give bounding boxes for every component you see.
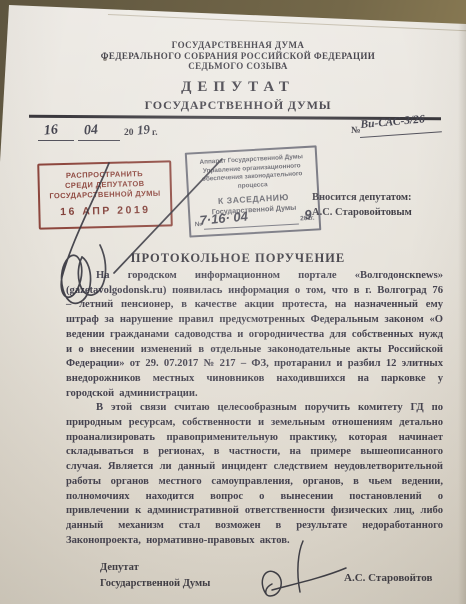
org-name-line2: ФЕДЕРАЛЬНОГО СОБРАНИЯ РОССИЙСКОЙ ФЕДЕРАЦ… [10, 51, 466, 62]
handwritten-day: 16 [43, 122, 58, 139]
handwritten-year: 19 [136, 121, 151, 138]
handwritten-stamp-year: 9 [303, 206, 312, 224]
org-name-line1: ГОСУДАРСТВЕННАЯ ДУМА [10, 40, 466, 51]
submitted-by-name: А.С. Старовойтовым [312, 205, 412, 220]
document-number-label: № [351, 126, 361, 136]
signer-role-line2: Государственной Думы [100, 576, 210, 592]
handwritten-month: 04 [83, 123, 98, 140]
number-underline [360, 131, 442, 138]
photo-of-document: ГОСУДАРСТВЕННАЯ ДУМА ФЕДЕРАЛЬНОГО СОБРАН… [0, 0, 466, 604]
distribute-stamp: РАСПРОСТРАНИТЬ СРЕДИ ДЕПУТАТОВ ГОСУДАРСТ… [37, 160, 173, 229]
date-underline [78, 140, 120, 141]
printed-year-prefix: 20 [124, 128, 134, 138]
deputy-subtitle: ГОСУДАРСТВЕННОЙ ДУМЫ [10, 98, 466, 113]
stamp-number-row: № 201 г. 7·16· 04 9 [194, 214, 316, 229]
stamp-date: 16 АПР 2019 [42, 204, 168, 221]
body-paragraph-1: На городском информационном портале «Вол… [66, 269, 443, 401]
submitted-by: Вносится депутатом: А.С. Старовойтовым [312, 190, 412, 220]
date-underline [38, 140, 74, 141]
document-page: ГОСУДАРСТВЕННАЯ ДУМА ФЕДЕРАЛЬНОГО СОБРАН… [0, 0, 466, 604]
signer-role-line1: Депутат [100, 560, 210, 576]
document-title: ПРОТОКОЛЬНОЕ ПОРУЧЕНИЕ [10, 251, 466, 266]
org-name-line3: СЕДЬМОГО СОЗЫВА [10, 61, 466, 72]
document-body: На городском информационном портале «Вол… [66, 269, 443, 548]
signer-role: Депутат Государственной Думы [100, 560, 210, 592]
under-sheet-edge [108, 14, 466, 32]
stamp-line: ГОСУДАРСТВЕННОЙ ДУМЫ [42, 188, 168, 201]
deputy-title: ДЕПУТАТ [10, 79, 466, 96]
letterhead: ГОСУДАРСТВЕННАЯ ДУМА ФЕДЕРАЛЬНОГО СОБРАН… [10, 40, 466, 113]
body-paragraph-2: В этой связи считаю целесообразным поруч… [66, 401, 443, 548]
printed-year-suffix: г. [152, 128, 158, 138]
apparat-stamp: Аппарат Государственной Думы Управление … [185, 145, 322, 237]
submitted-by-label: Вносится депутатом: [312, 190, 412, 205]
signer-name: А.С. Старовойтов [344, 572, 432, 584]
